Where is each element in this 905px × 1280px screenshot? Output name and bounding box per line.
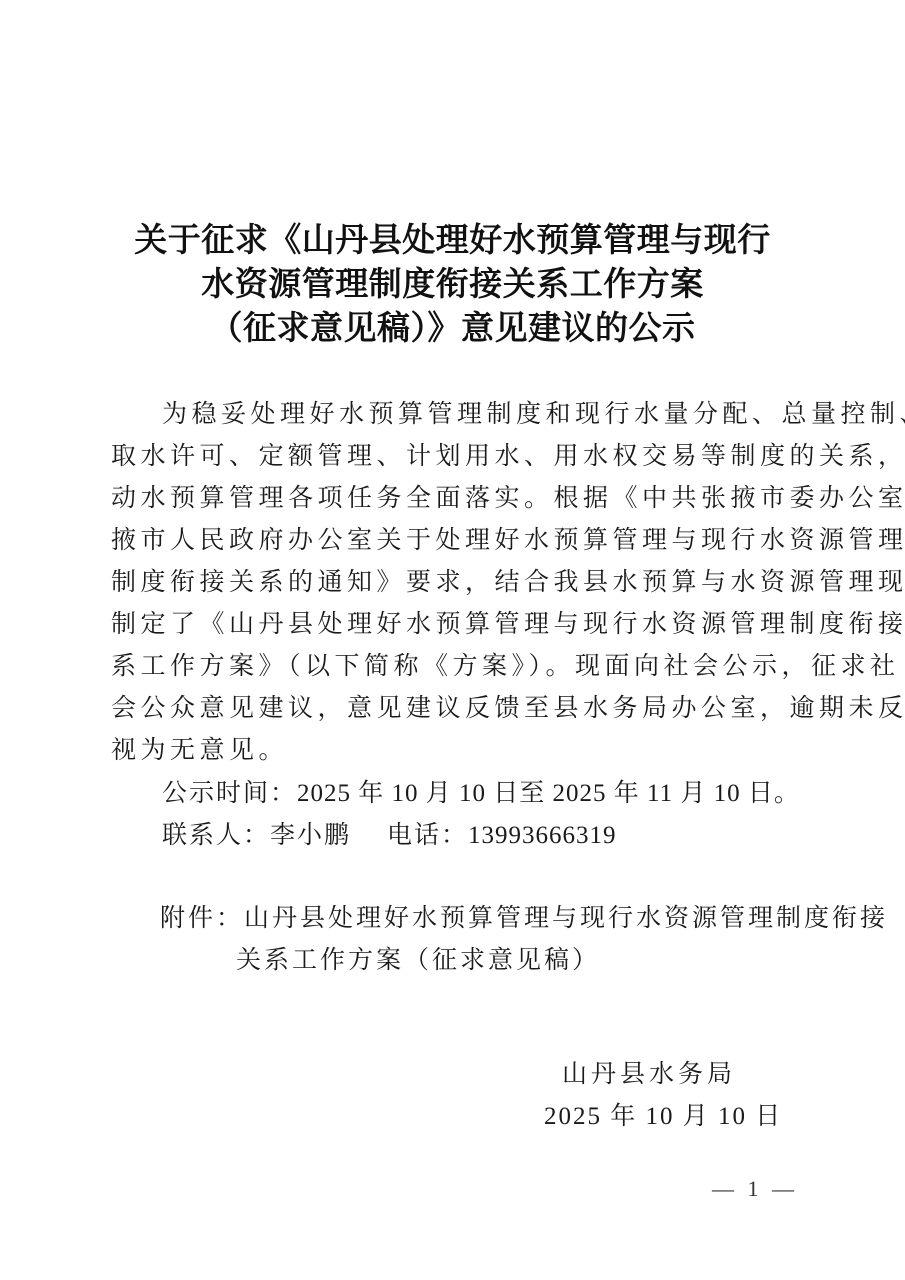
document-title-line-2: 水资源管理制度衔接关系工作方案 <box>0 262 905 306</box>
body-paragraph-line: 动水预算管理各项任务全面落实。根据《中共张掖市委办公室 张 <box>111 477 797 519</box>
body-paragraph-line: 掖市人民政府办公室关于处理好水预算管理与现行水资源管理 <box>111 519 797 561</box>
contact-phone-label: 电话： <box>387 822 468 849</box>
attachment-line-1: 附件：山丹县处理好水预算管理与现行水资源管理制度衔接 <box>160 897 888 939</box>
page-number: — 1 — <box>712 1174 798 1204</box>
document-title-line-3: （征求意见稿）》意见建议的公示 <box>0 306 905 350</box>
attachment-title-part-1: 山丹县处理好水预算管理与现行水资源管理制度衔接 <box>244 903 888 932</box>
contact-person-name: 李小鹏 <box>270 822 351 849</box>
contact-person-label: 联系人： <box>162 822 270 849</box>
publicity-period: 公示时间：2025 年 10 月 10 日至 2025 年 11 月 10 日。 <box>162 773 800 815</box>
body-paragraph-line: 会公众意见建议，意见建议反馈至县水务局办公室，逾期未反馈 <box>111 687 797 729</box>
signature-date: 2025 年 10 月 10 日 <box>544 1096 782 1138</box>
publicity-period-value: 2025 年 10 月 10 日至 2025 年 11 月 10 日。 <box>297 780 800 807</box>
body-paragraph-line: 为稳妥处理好水预算管理制度和现行水量分配、总量控制、 <box>162 393 797 435</box>
contact-phone-number: 13993666319 <box>468 822 617 849</box>
body-paragraph-line: 制度衔接关系的通知》要求，结合我县水预算与水资源管理现状， <box>111 561 797 603</box>
attachment-label: 附件： <box>160 903 244 932</box>
document-title-line-1: 关于征求《山丹县处理好水预算管理与现行 <box>0 218 905 262</box>
body-paragraph-line: 取水许可、定额管理、计划用水、用水权交易等制度的关系，推 <box>111 435 797 477</box>
signature-organization: 山丹县水务局 <box>562 1054 736 1096</box>
contact-info: 联系人：李小鹏电话：13993666319 <box>162 815 617 857</box>
body-paragraph-line: 视为无意见。 <box>111 729 288 771</box>
document-page: 关于征求《山丹县处理好水预算管理与现行 水资源管理制度衔接关系工作方案 （征求意… <box>0 0 905 1280</box>
body-paragraph-line: 系工作方案》（以下简称《方案》）。现面向社会公示，征求社 <box>111 645 797 687</box>
attachment-line-2: 关系工作方案（征求意见稿） <box>236 939 600 981</box>
publicity-period-label: 公示时间： <box>162 780 297 807</box>
body-paragraph-line: 制定了《山丹县处理好水预算管理与现行水资源管理制度衔接关 <box>111 603 797 645</box>
